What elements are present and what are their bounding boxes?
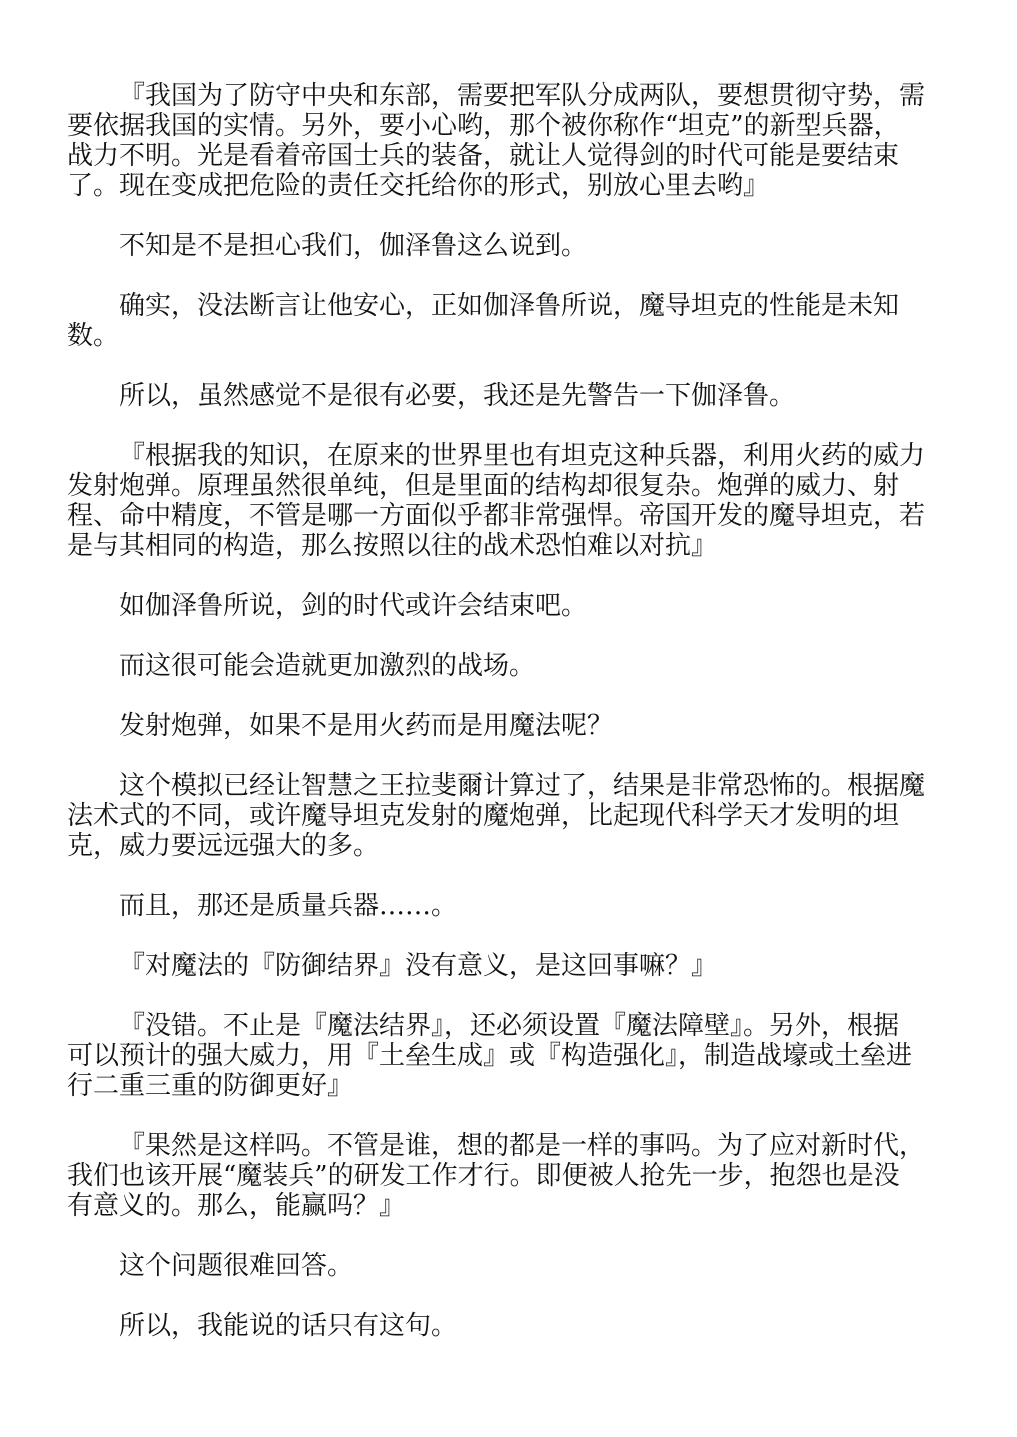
text-line: 而且，那还是质量兵器……。 <box>67 891 937 921</box>
text-line: 所以，虽然感觉不是很有必要，我还是先警告一下伽泽鲁。 <box>67 381 937 411</box>
text-line: 如伽泽鲁所说，剑的时代或许会结束吧。 <box>67 591 937 621</box>
text-line: 所以，我能说的话只有这句。 <box>67 1311 937 1341</box>
text-line: 行二重三重的防御更好』 <box>67 1071 937 1101</box>
text-line: 我们也该开展“魔装兵”的研发工作才行。即便被人抢先一步，抱怨也是没 <box>67 1161 937 1191</box>
text-line: 而这很可能会造就更加激烈的战场。 <box>67 651 937 681</box>
paragraph-narration: 而且，那还是质量兵器……。 <box>67 891 937 921</box>
text-line: 这个问题很难回答。 <box>67 1251 937 1281</box>
text-line: 发射炮弹，如果不是用火药而是用魔法呢？ <box>67 711 937 741</box>
paragraph-narration: 不知是不是担心我们，伽泽鲁这么说到。 <box>67 231 937 261</box>
text-line: 『没错。不止是『魔法结界』，还必须设置『魔法障壁』。另外，根据 <box>67 1011 937 1041</box>
paragraph-dialogue: 『果然是这样吗。不管是谁，想的都是一样的事吗。为了应对新时代， 我们也该开展“魔… <box>67 1131 937 1221</box>
text-line: 这个模拟已经让智慧之王拉斐爾计算过了，结果是非常恐怖的。根据魔 <box>67 771 937 801</box>
text-line: 程、命中精度，不管是哪一方面似乎都非常强悍。帝国开发的魔导坦克，若 <box>67 501 937 531</box>
text-line: 可以预计的强大威力，用『土垒生成』或『构造强化』，制造战壕或土垒进 <box>67 1041 937 1071</box>
text-line: 『对魔法的『防御结界』没有意义，是这回事嘛？』 <box>67 951 937 981</box>
paragraph-narration: 所以，虽然感觉不是很有必要，我还是先警告一下伽泽鲁。 <box>67 381 937 411</box>
paragraph-narration: 这个模拟已经让智慧之王拉斐爾计算过了，结果是非常恐怖的。根据魔 法术式的不同，或… <box>67 771 937 861</box>
text-line: 数。 <box>67 321 937 351</box>
paragraph-narration: 这个问题很难回答。 <box>67 1251 937 1281</box>
paragraph-narration: 发射炮弹，如果不是用火药而是用魔法呢？ <box>67 711 937 741</box>
text-line: 克，威力要远远强大的多。 <box>67 831 937 861</box>
paragraph-narration: 确实，没法断言让他安心，正如伽泽鲁所说，魔导坦克的性能是未知 数。 <box>67 291 937 351</box>
text-line: 是与其相同的构造，那么按照以往的战术恐怕难以对抗』 <box>67 531 937 561</box>
text-line: 『根据我的知识，在原来的世界里也有坦克这种兵器，利用火药的威力 <box>67 441 937 471</box>
text-line: 不知是不是担心我们，伽泽鲁这么说到。 <box>67 231 937 261</box>
paragraph-dialogue-tank-knowledge: 『根据我的知识，在原来的世界里也有坦克这种兵器，利用火药的威力 发射炮弹。原理虽… <box>67 441 937 561</box>
text-line: 发射炮弹。原理虽然很单纯，但是里面的结构却很复杂。炮弹的威力、射 <box>67 471 937 501</box>
text-line: 战力不明。光是看着帝国士兵的装备，就让人觉得剑的时代可能是要结束 <box>67 141 937 171</box>
text-line: 确实，没法断言让他安心，正如伽泽鲁所说，魔导坦克的性能是未知 <box>67 291 937 321</box>
text-line: 要依据我国的实情。另外，要小心哟，那个被你称作“坦克”的新型兵器， <box>67 111 937 141</box>
text-line: 有意义的。那么，能赢吗？』 <box>67 1191 937 1221</box>
text-line: 了。现在变成把危险的责任交托给你的形式，别放心里去哟』 <box>67 171 937 201</box>
paragraph-narration: 如伽泽鲁所说，剑的时代或许会结束吧。 <box>67 591 937 621</box>
paragraph-dialogue: 『没错。不止是『魔法结界』，还必须设置『魔法障壁』。另外，根据 可以预计的强大威… <box>67 1011 937 1101</box>
document-page: 『我国为了防守中央和东部，需要把军队分成两队，要想贯彻守势，需 要依据我国的实情… <box>67 81 937 1371</box>
paragraph-narration: 所以，我能说的话只有这句。 <box>67 1311 937 1341</box>
paragraph-narration: 而这很可能会造就更加激烈的战场。 <box>67 651 937 681</box>
text-line: 法术式的不同，或许魔导坦克发射的魔炮弹，比起现代科学天才发明的坦 <box>67 801 937 831</box>
text-line: 『果然是这样吗。不管是谁，想的都是一样的事吗。为了应对新时代， <box>67 1131 937 1161</box>
paragraph-dialogue-garzeru-defense: 『我国为了防守中央和东部，需要把军队分成两队，要想贯彻守势，需 要依据我国的实情… <box>67 81 937 201</box>
paragraph-dialogue: 『对魔法的『防御结界』没有意义，是这回事嘛？』 <box>67 951 937 981</box>
text-line: 『我国为了防守中央和东部，需要把军队分成两队，要想贯彻守势，需 <box>67 81 937 111</box>
